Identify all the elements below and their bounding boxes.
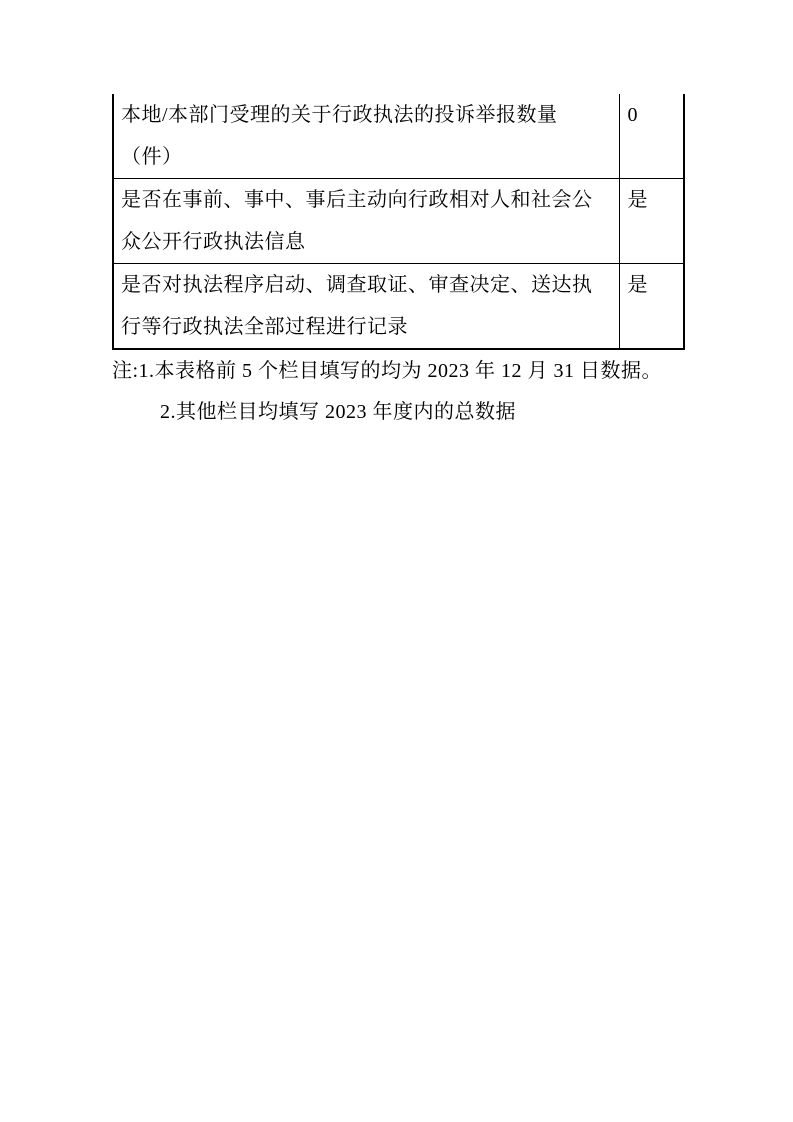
table-notes: 注:1.本表格前 5 个栏目填写的均为 2023 年 12 月 31 日数据。 … (112, 351, 712, 433)
row-label-cell: 是否在事前、事中、事后主动向行政相对人和社会公 众公开行政执法信息 (113, 179, 619, 264)
document-page: 本地/本部门受理的关于行政执法的投诉举报数量 （件） 0 是否在事前、事中、事后… (0, 0, 793, 1122)
row-label-cell: 本地/本部门受理的关于行政执法的投诉举报数量 （件） (113, 94, 619, 179)
row-value-cell: 是 (619, 179, 684, 264)
row-value-cell: 0 (619, 94, 684, 179)
note-line-2: 2.其他栏目均填写 2023 年度内的总数据 (160, 392, 712, 433)
statistics-table: 本地/本部门受理的关于行政执法的投诉举报数量 （件） 0 是否在事前、事中、事后… (112, 94, 685, 350)
table-row: 是否在事前、事中、事后主动向行政相对人和社会公 众公开行政执法信息 是 (113, 179, 684, 264)
table-row: 是否对执法程序启动、调查取证、审查决定、送达执 行等行政执法全部过程进行记录 是 (113, 264, 684, 350)
row-value-cell: 是 (619, 264, 684, 350)
row-label-cell: 是否对执法程序启动、调查取证、审查决定、送达执 行等行政执法全部过程进行记录 (113, 264, 619, 350)
note-line-1: 注:1.本表格前 5 个栏目填写的均为 2023 年 12 月 31 日数据。 (112, 351, 712, 392)
table-row: 本地/本部门受理的关于行政执法的投诉举报数量 （件） 0 (113, 94, 684, 179)
